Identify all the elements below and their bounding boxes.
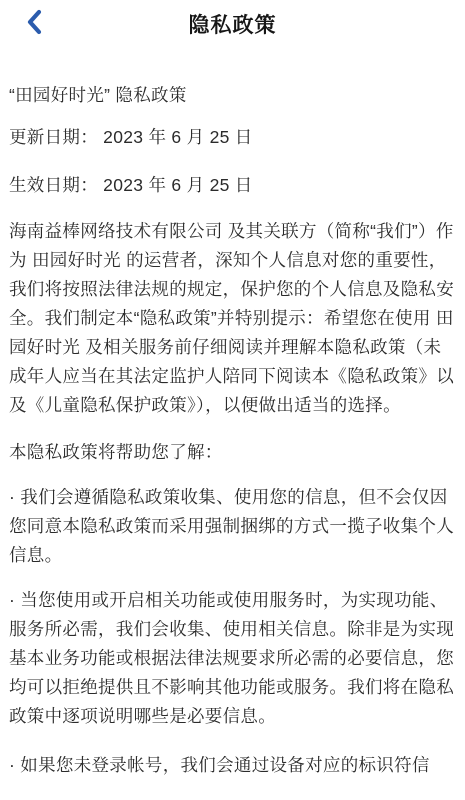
overview-heading: 本隐私政策将帮助您了解： — [9, 438, 455, 467]
back-button[interactable] — [16, 4, 52, 40]
privacy-policy-screen: 隐私政策 “田园好时光” 隐私政策 更新日期： 2023 年 6 月 25 日 … — [0, 0, 465, 800]
policy-scroll-area[interactable]: “田园好时光” 隐私政策 更新日期： 2023 年 6 月 25 日 生效日期：… — [0, 44, 465, 800]
page-title: 隐私政策 — [189, 5, 277, 39]
effective-date: 生效日期： 2023 年 6 月 25 日 — [9, 171, 455, 200]
update-date: 更新日期： 2023 年 6 月 25 日 — [9, 123, 455, 152]
policy-document-title: “田园好时光” 隐私政策 — [9, 81, 455, 110]
chevron-left-icon — [26, 9, 42, 35]
policy-bullet-1: · 我们会遵循隐私政策收集、使用您的信息，但不会仅因您同意本隐私政策而采用强制捆… — [9, 483, 455, 570]
policy-bullet-2: · 当您使用或开启相关功能或使用服务时，为实现功能、服务所必需，我们会收集、使用… — [9, 586, 455, 731]
intro-paragraph: 海南益棒网络技术有限公司 及其关联方（简称“我们”）作为 田园好时光 的运营者，… — [9, 217, 455, 420]
policy-bullet-3: · 如果您未登录帐号，我们会通过设备对应的标识符信 — [9, 751, 455, 780]
navigation-bar: 隐私政策 — [0, 0, 465, 44]
